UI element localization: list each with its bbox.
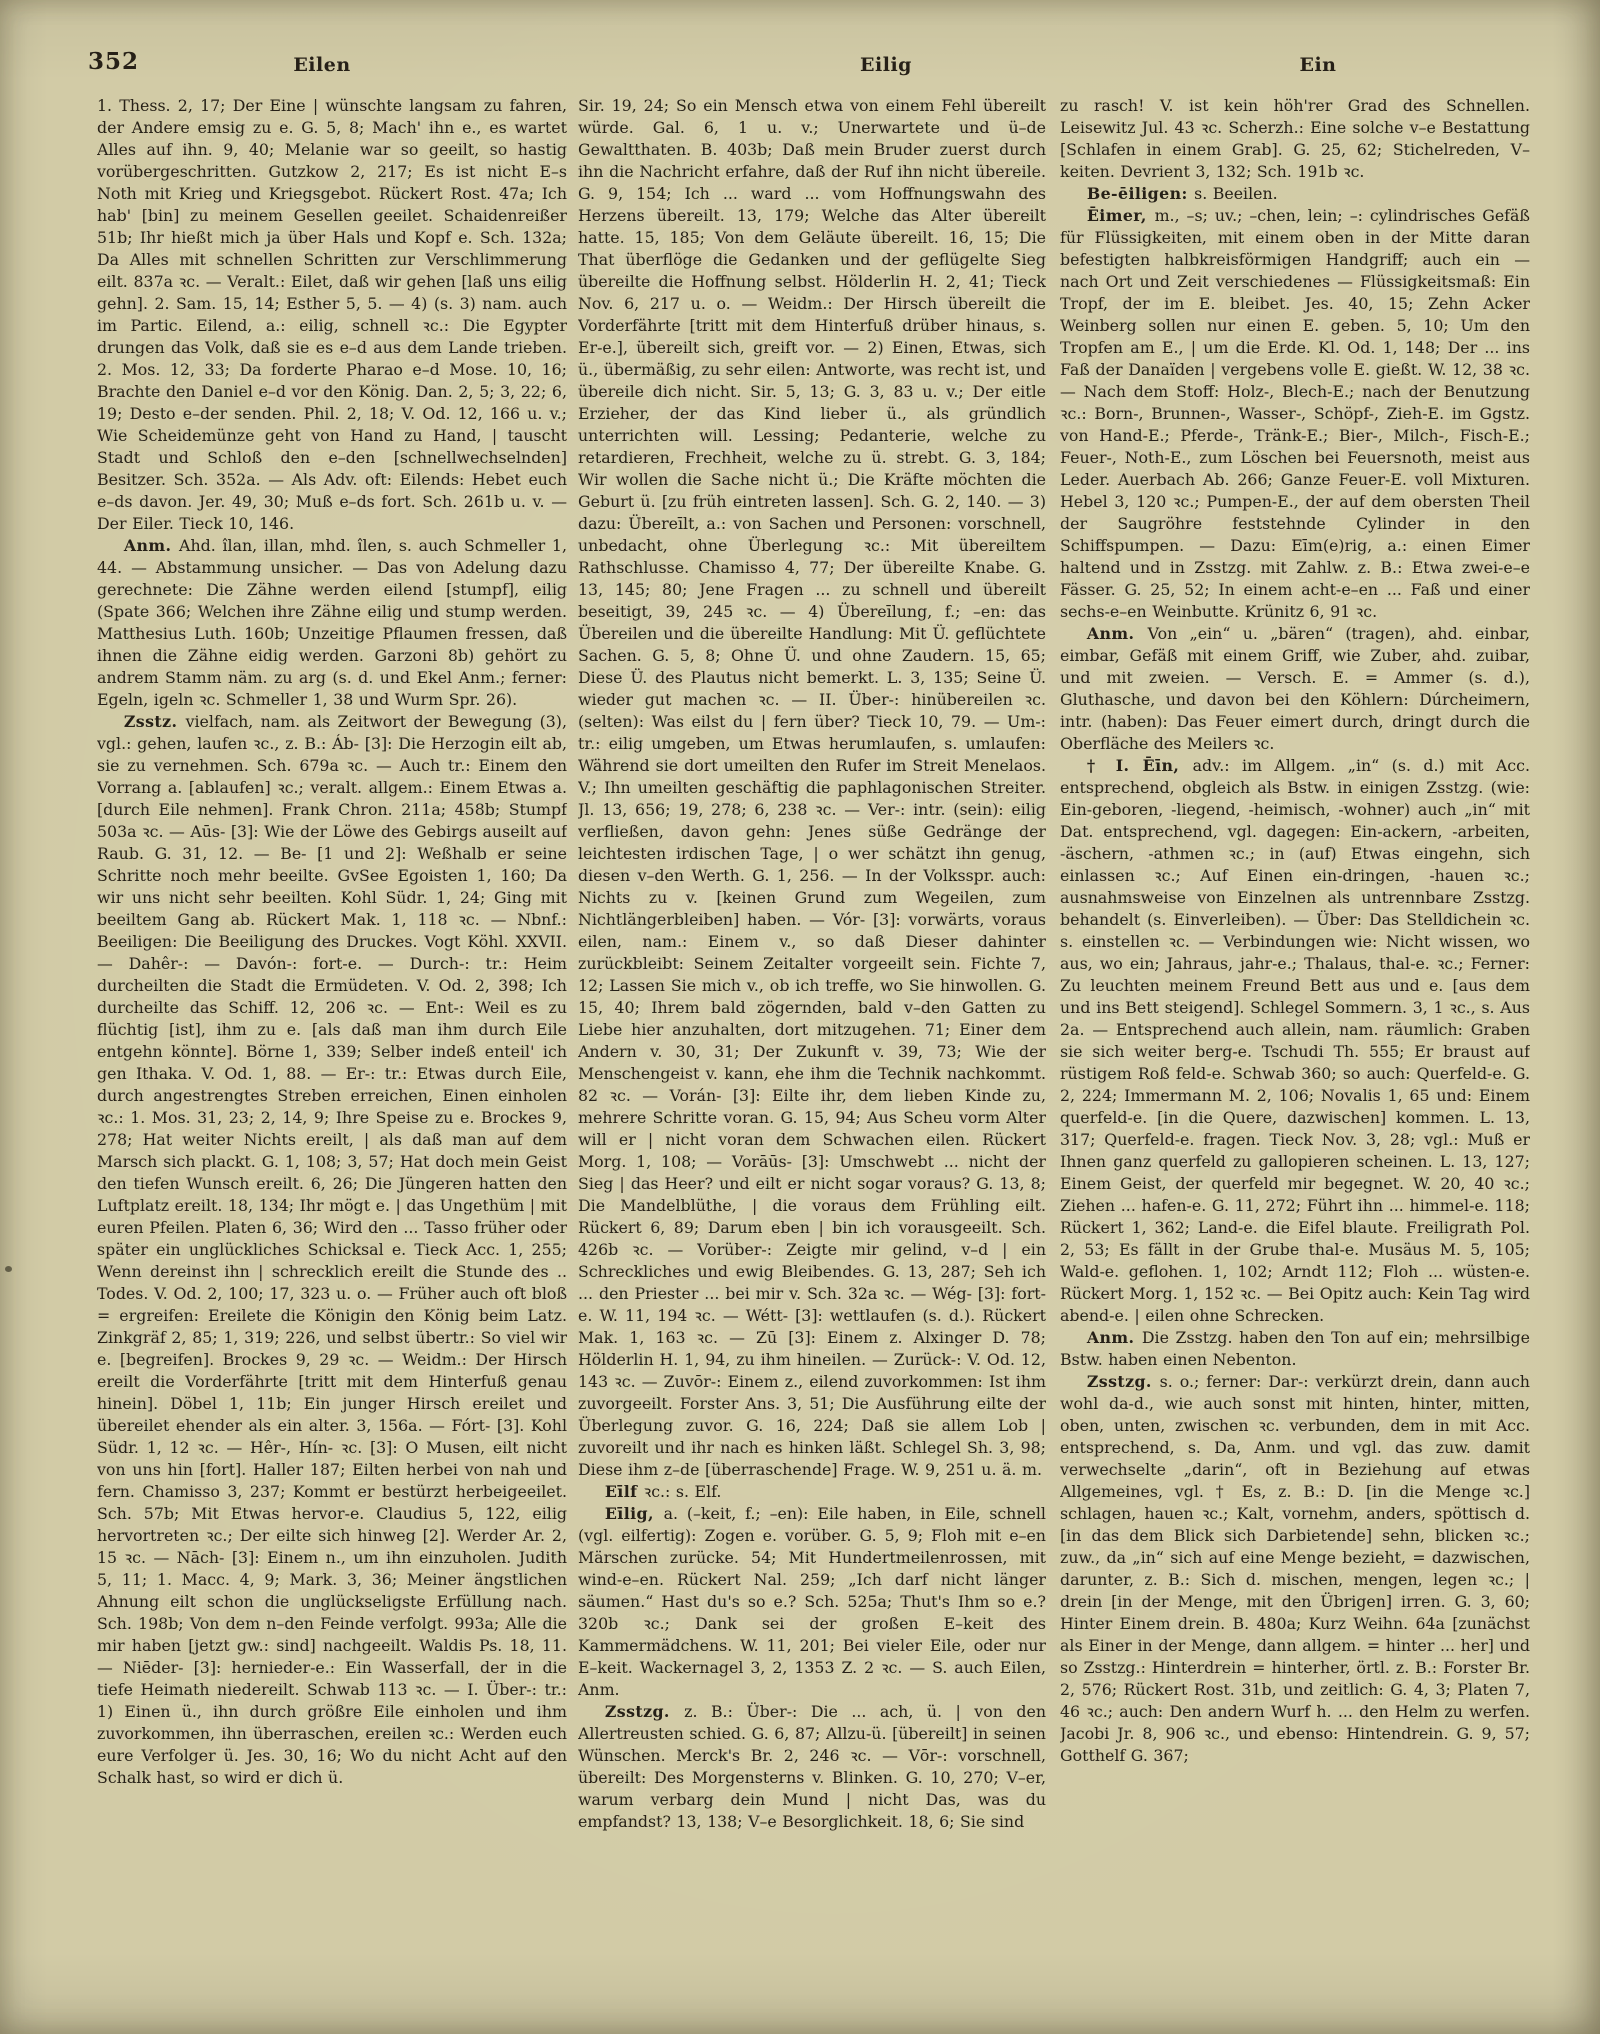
paragraph: Zsstzg. z. B.: Über-: Die ... ach, ü. | … bbox=[578, 1701, 1046, 1833]
paragraph: Eīlf ꝛc.: s. Elf. bbox=[578, 1481, 1046, 1503]
running-head-eilen: Eilen bbox=[242, 54, 402, 76]
headword-lead: Anm. bbox=[1087, 624, 1148, 643]
page-number: 352 bbox=[88, 48, 139, 75]
paragraph: Zsstzg. s. o.; ferner: Dar-: verkürzt dr… bbox=[1060, 1371, 1530, 1767]
headword-lead: Zsstzg. bbox=[605, 1702, 684, 1721]
running-head-eilig: Eilig bbox=[806, 54, 966, 76]
text-column-1: 1. Thess. 2, 17; Der Eine | wünschte lan… bbox=[97, 95, 567, 1905]
paragraph: Ēimer, m., –s; uv.; –chen, lein; –: cyli… bbox=[1060, 205, 1530, 623]
paragraph: 1. Thess. 2, 17; Der Eine | wünschte lan… bbox=[97, 95, 567, 535]
ink-speck bbox=[5, 1266, 12, 1272]
dictionary-page: 352 Eilen Eilig Ein 1. Thess. 2, 17; Der… bbox=[0, 0, 1600, 2034]
headword-lead: Ēimer, bbox=[1087, 206, 1155, 225]
headword-lead: Anm. bbox=[124, 536, 179, 555]
text-column-2: Sir. 19, 24; So ein Mensch etwa von eine… bbox=[578, 95, 1046, 1905]
running-head-ein: Ein bbox=[1238, 54, 1398, 76]
headword-lead: Zsstzg. bbox=[1087, 1372, 1160, 1391]
headword-lead: Zsstz. bbox=[124, 712, 186, 731]
paragraph: Sir. 19, 24; So ein Mensch etwa von eine… bbox=[578, 95, 1046, 1481]
headword-lead: Eīlig, bbox=[605, 1504, 664, 1523]
paragraph: Anm. Von „ein“ u. „bären“ (tragen), ahd.… bbox=[1060, 623, 1530, 755]
paragraph: Anm. Ahd. îlan, illan, mhd. îlen, s. auc… bbox=[97, 535, 567, 711]
text-column-3: zu rasch! V. ist kein höh'rer Grad des S… bbox=[1060, 95, 1530, 1905]
paragraph: Zsstz. vielfach, nam. als Zeitwort der B… bbox=[97, 711, 567, 1789]
headword-lead: Anm. bbox=[1087, 1328, 1142, 1347]
paragraph: Anm. Die Zsstzg. haben den Ton auf ein; … bbox=[1060, 1327, 1530, 1371]
headword-lead: Be-ēiligen: bbox=[1087, 184, 1194, 203]
headword-lead: † I. Ēīn, bbox=[1087, 756, 1193, 775]
headword-lead: Eīlf bbox=[605, 1482, 644, 1501]
paragraph: † I. Ēīn, adv.: im Allgem. „in“ (s. d.) … bbox=[1060, 755, 1530, 1327]
paragraph: Be-ēiligen: s. Beeilen. bbox=[1060, 183, 1530, 205]
paragraph: zu rasch! V. ist kein höh'rer Grad des S… bbox=[1060, 95, 1530, 183]
paragraph: Eīlig, a. (–keit, f.; –en): Eile haben, … bbox=[578, 1503, 1046, 1701]
